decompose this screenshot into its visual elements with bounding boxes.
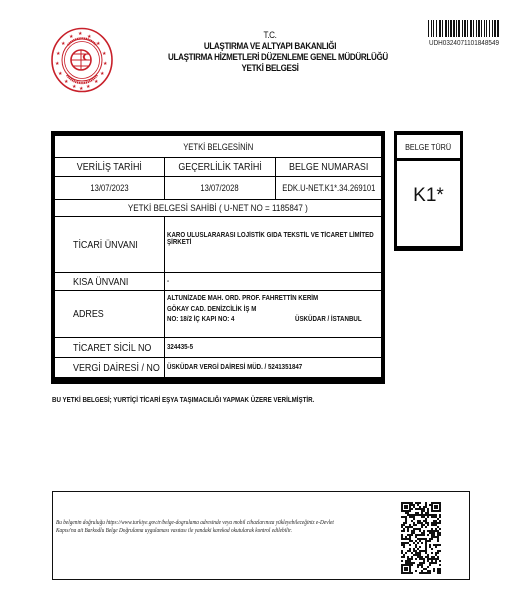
svg-text:★: ★ <box>94 79 99 85</box>
svg-text:★: ★ <box>64 79 69 85</box>
svg-text:★: ★ <box>69 34 74 40</box>
tax-label: VERGİ DAİRESİ / NO <box>55 358 164 377</box>
svg-text:★: ★ <box>58 71 63 77</box>
document-type-value: K1* <box>397 161 460 246</box>
qr-code-icon <box>401 502 441 574</box>
verification-box: Bu belgenin doğruluğu https://www.turkiy… <box>52 491 470 580</box>
address-city: ÜSKÜDAR / İSTANBUL <box>293 313 385 325</box>
document-type-label: BELGE TÜRÜ <box>397 135 460 161</box>
barcode-number: UDH0324071101848549 <box>422 38 507 47</box>
header-tc: T.C. <box>168 30 372 41</box>
svg-text:★: ★ <box>61 41 66 47</box>
trade-name-value: KARO ULUSLARARASI LOJİSTİK GIDA TEKSTİL … <box>165 217 381 272</box>
certificate-title: YETKİ BELGESİNİN <box>55 136 381 157</box>
column-document-number: BELGE NUMARASI <box>276 157 381 176</box>
header-directorate: ULAŞTIRMA HİZMETLERİ DÜZENLEME GENEL MÜD… <box>168 52 372 63</box>
document-number-value: EDK.U-NET.K1*.34.269101 <box>276 177 381 199</box>
header-doc-title: YETKİ BELGESİ <box>168 63 372 74</box>
svg-text:★: ★ <box>96 41 101 47</box>
issue-date-value: 13/07/2023 <box>55 177 164 199</box>
svg-text:★: ★ <box>56 51 61 57</box>
column-validity-date: GEÇERLİLİK TARİHİ <box>165 157 275 176</box>
validity-date-value: 13/07/2028 <box>165 177 275 199</box>
certificate-table: YETKİ BELGESİNİN VERİLİŞ TARİHİ GEÇERLİL… <box>51 131 385 384</box>
document-header: T.C. ULAŞTIRMA VE ALTYAPI BAKANLIĞI ULAŞ… <box>150 30 390 74</box>
barcode-icon <box>428 20 500 37</box>
svg-text:★: ★ <box>102 51 107 57</box>
document-type-box: BELGE TÜRÜ K1* <box>394 131 463 251</box>
address-label: ADRES <box>55 291 164 337</box>
svg-text:★: ★ <box>55 61 60 67</box>
registry-value: 324435-5 <box>165 338 381 357</box>
svg-text:★: ★ <box>79 86 84 92</box>
svg-text:★: ★ <box>78 31 83 37</box>
svg-text:★: ★ <box>103 61 108 67</box>
ministry-seal-icon: ★★★ ★★★ ★★★ ★★★ ★★★ ★ <box>50 27 114 93</box>
short-name-value: - <box>165 273 381 290</box>
svg-text:★: ★ <box>100 71 105 77</box>
trade-name-label: TİCARİ ÜNVANI <box>55 217 164 272</box>
holder-title: YETKİ BELGESİ SAHİBİ ( U-NET NO = 118584… <box>55 200 381 216</box>
authorization-note: BU YETKİ BELGESİ; YURTİÇİ TİCARİ EŞYA TA… <box>52 395 314 404</box>
short-name-label: KISA ÜNVANI <box>55 273 164 290</box>
header-ministry: ULAŞTIRMA VE ALTYAPI BAKANLIĞI <box>168 41 372 52</box>
svg-text:★: ★ <box>72 84 77 90</box>
verification-text: Bu belgenin doğruluğu https://www.turkiy… <box>56 519 391 535</box>
svg-text:★: ★ <box>86 84 91 90</box>
column-issue-date: VERİLİŞ TARİHİ <box>55 157 164 176</box>
registry-label: TİCARET SİCİL NO <box>55 338 164 357</box>
tax-value: ÜSKÜDAR VERGİ DAİRESİ MÜD. / 5241351847 <box>165 358 381 377</box>
